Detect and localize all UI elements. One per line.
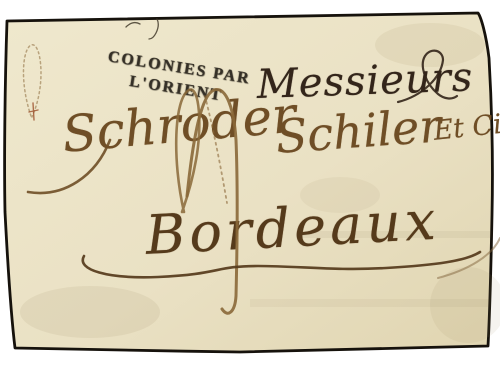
manuscript-rate-mark-descender (187, 90, 237, 314)
ink-marks-layer (0, 0, 500, 375)
salutation-flourish (398, 51, 457, 102)
cover-photo: COLONIES PAR L'ORIENT Messieurs Schroder… (0, 0, 500, 375)
top-edge-ink-specks (126, 19, 158, 39)
recipient-leadin-flourish (28, 140, 110, 193)
city-underline-flourish (83, 252, 480, 277)
faint-offset-loop-tick (29, 103, 38, 120)
faint-offset-loop (23, 45, 41, 117)
manuscript-rate-mark-dotted (205, 96, 227, 203)
